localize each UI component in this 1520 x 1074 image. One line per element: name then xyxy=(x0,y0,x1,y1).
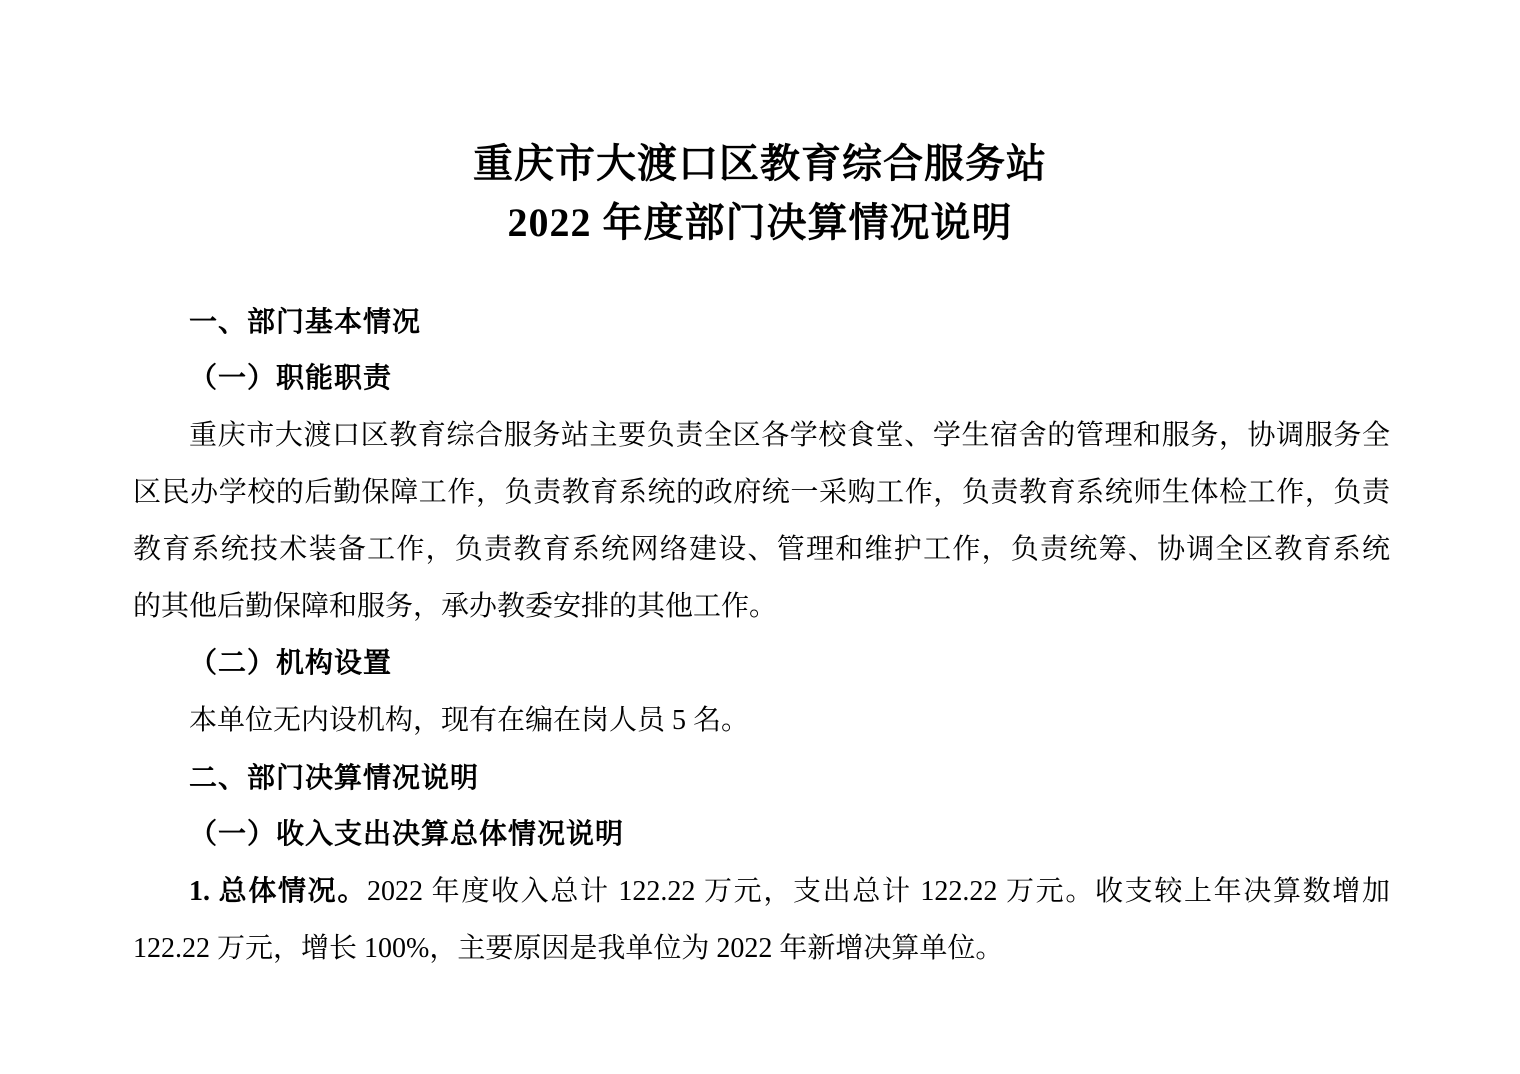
paragraph-overview-bold-lead: 1. 总体情况。 xyxy=(189,876,367,907)
paragraph-duties-line-3: 教育系统技术装备工作，负责教育系统网络建设、管理和维护工作，负责统筹、协调全区教… xyxy=(133,521,1390,578)
paragraph-organization: 本单位无内设机构，现有在编在岗人员 5 名。 xyxy=(133,692,1390,749)
paragraph-overview-line-1-text: 2022 年度收入总计 122.22 万元，支出总计 122.22 万元。收支较… xyxy=(367,876,1390,907)
paragraph-duties-line-4: 的其他后勤保障和服务，承办教委安排的其他工作。 xyxy=(133,578,1390,635)
paragraph-overview-line-2: 122.22 万元，增长 100%，主要原因是我单位为 2022 年新增决算单位… xyxy=(133,920,1390,977)
heading-department-basic-info: 一、部门基本情况 xyxy=(133,293,1390,350)
document-title-line-2: 2022 年度部门决算情况说明 xyxy=(0,193,1520,252)
document-title: 重庆市大渡口区教育综合服务站 2022 年度部门决算情况说明 xyxy=(0,0,1520,252)
heading-functions-duties: （一）职能职责 xyxy=(133,350,1390,407)
document-page: 重庆市大渡口区教育综合服务站 2022 年度部门决算情况说明 一、部门基本情况 … xyxy=(0,0,1520,1074)
paragraph-overview-line-1: 1. 总体情况。2022 年度收入总计 122.22 万元，支出总计 122.2… xyxy=(133,863,1390,920)
heading-final-accounts-explanation: 二、部门决算情况说明 xyxy=(133,749,1390,806)
paragraph-duties: 重庆市大渡口区教育综合服务站主要负责全区各学校食堂、学生宿舍的管理和服务，协调服… xyxy=(133,407,1390,635)
heading-organization-setup: （二）机构设置 xyxy=(133,635,1390,692)
paragraph-duties-line-1: 重庆市大渡口区教育综合服务站主要负责全区各学校食堂、学生宿舍的管理和服务，协调服… xyxy=(133,407,1390,464)
document-body: 一、部门基本情况 （一）职能职责 重庆市大渡口区教育综合服务站主要负责全区各学校… xyxy=(133,293,1390,977)
heading-income-expenditure-overview: （一）收入支出决算总体情况说明 xyxy=(133,806,1390,863)
document-title-line-1: 重庆市大渡口区教育综合服务站 xyxy=(0,134,1520,193)
paragraph-duties-line-2: 区民办学校的后勤保障工作，负责教育系统的政府统一采购工作，负责教育系统师生体检工… xyxy=(133,464,1390,521)
paragraph-overview: 1. 总体情况。2022 年度收入总计 122.22 万元，支出总计 122.2… xyxy=(133,863,1390,977)
